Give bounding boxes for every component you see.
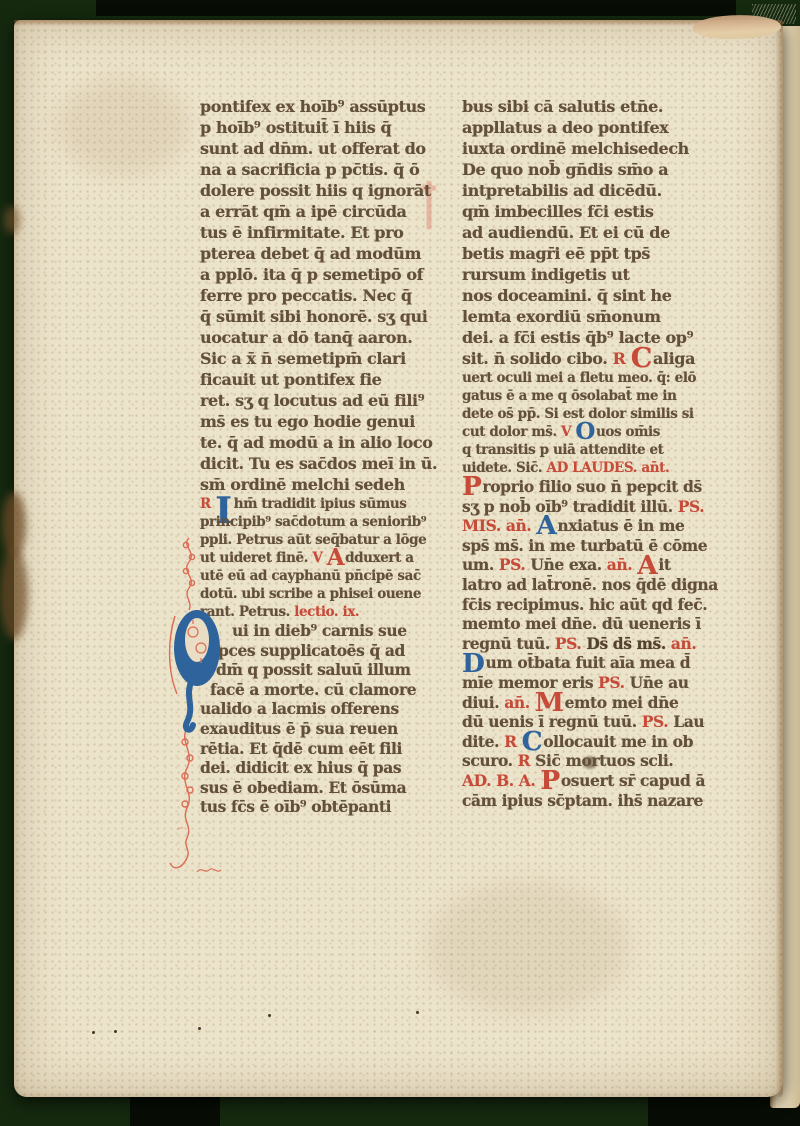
body-text: iuxta ordinē melchisedech (462, 139, 689, 158)
rubric-text: MIS. an̄. (462, 516, 536, 535)
rubric-text: an̄. (671, 634, 697, 653)
rubric-text: AD. B. A. (462, 771, 540, 790)
text-line: Dum ot̄bata fuit aīa mea d̄ (462, 653, 712, 673)
text-line: fc̄is recipimus. hic aūt qd fec̄. (462, 595, 712, 615)
text-line: dū uenis ī regnū tuū. PS. Lau (462, 712, 712, 732)
stain (0, 548, 28, 640)
text-line: pterea debet q̄ ad modūm (200, 243, 446, 264)
text-block-left: pontifex ex hoīb⁹ assūptusp hoīb⁹ ostitu… (200, 96, 446, 817)
rubric-text: R (504, 732, 521, 751)
body-text: cām ipius sc̄ptam. ihs̄ nazare (462, 791, 703, 810)
text-line: dicit. Tu es sac̄dos meī in ū. (200, 453, 446, 474)
body-text: fc̄is recipimus. hic aūt qd fec̄. (462, 595, 707, 614)
body-text: a errāt qm̄ a ipē circūda (200, 202, 407, 221)
text-line: exauditus ē p̄ sua reuen (200, 719, 446, 739)
body-text: De quo nob̄ gn̄dis sm̄o a (462, 160, 668, 179)
body-text: dm̄ q possit saluū illum (216, 660, 411, 679)
text-line: dolere possit hiis q ignorāt (200, 180, 446, 201)
body-text: utē eū ad cayphanū pn̄cipē sac̄ (200, 568, 421, 584)
body-text: bus sibi cā salutis etn̄e. (462, 97, 663, 116)
body-text: lemta exordiū sm̄onum (462, 307, 661, 326)
text-line: dotū. ubi scribe a phisei ouene (200, 585, 446, 603)
stain (58, 78, 188, 174)
body-text: ferre pro peccatis. Nec q̄ (200, 286, 412, 305)
text-line: q transitis p uiā attendite et (462, 441, 712, 459)
rubric-text: R (200, 496, 215, 512)
text-line: appllatus a deo pontifex (462, 117, 712, 138)
text-line: ut uideret finē. V Adduxert a (200, 549, 446, 567)
text-line: um. PS. Un̄e exa. an̄. Ait (462, 555, 712, 575)
text-line: AD. B. A. Posuert sr̄ capud ā (462, 771, 712, 791)
text-line: lemta exordiū sm̄onum (462, 306, 712, 327)
stain (428, 882, 628, 1012)
text-line: te. q̄ ad modū a in alio loco (200, 432, 446, 453)
rubric-text: R (613, 349, 631, 368)
body-text: appllatus a deo pontifex (462, 118, 668, 137)
text-line: facē a morte. cū clamore (200, 680, 446, 700)
body-text: dolere possit hiis q ignorāt (200, 181, 431, 200)
ink-fleck (416, 1011, 419, 1014)
text-line: sʒ p nob̄ oīb⁹ tradidit illū. PS. (462, 497, 712, 517)
text-line: dei. a fc̄i estis q̄b⁹ lacte op⁹ (462, 327, 712, 348)
body-text: memto mei dn̄e. dū ueneris ī (462, 614, 701, 633)
text-line: mīe memor eris PS. Un̄e au (462, 673, 712, 693)
stain (4, 206, 20, 234)
body-text: roprio filio suo n̄ pepcit ds̄ (482, 477, 701, 496)
body-text: ms̄ es tu ego hodie genui (200, 412, 415, 431)
body-text: cut dolor ms̄. (462, 424, 561, 440)
body-text: ollocauit me in ob (543, 732, 693, 751)
text-line: regnū tuū. PS. Ds̄ ds̄ ms̄. an̄. (462, 634, 712, 654)
text-line: sus ē obediam. Et ōsūma (200, 778, 446, 798)
text-line: ui in dieb⁹ carnis sue (200, 621, 446, 641)
body-text: dū uenis ī regnū tuū. (462, 712, 642, 731)
text-line: Sic a x̄ n̄ semetipm̄ clari (200, 348, 446, 369)
body-text: Un̄e au (630, 673, 689, 692)
body-text: uocatur a dō tanq̄ aaron. (200, 328, 412, 347)
body-text: dicit. Tu es sac̄dos meī in ū. (200, 454, 437, 473)
text-line: rētia. Et q̄dē cum eēt fili (200, 739, 446, 759)
text-line: sm̄ ordinē melchi sedeh (200, 474, 446, 495)
body-text: ficauit ut pontifex fie (200, 370, 381, 389)
text-line: dite. R Collocauit me in ob (462, 732, 712, 752)
body-text: te. q̄ ad modū a in alio loco (200, 433, 433, 452)
body-text: latro ad lat̄ronē. nos q̄dē digna (462, 575, 718, 594)
text-line: cām ipius sc̄ptam. ihs̄ nazare (462, 791, 712, 811)
body-text: Ds̄ ds̄ ms̄. (586, 634, 670, 653)
text-line: sit. n̄ solido cibo. R Caliga (462, 348, 712, 369)
text-line: tus ē infirmitate. Et pro (200, 222, 446, 243)
body-text: it (658, 555, 670, 574)
text-line: dm̄ q possit saluū illum (200, 660, 446, 680)
text-line: principib⁹ sac̄dotum a seniorib⁹ (200, 513, 446, 531)
body-text: ad audiendū. Et ei cū de (462, 223, 670, 242)
text-line: sunt ad dn̄m. ut offerat do (200, 138, 446, 159)
text-line: uert oculi mei a fletu meo. q̄: elō (462, 369, 712, 387)
ink-fleck (92, 1031, 95, 1034)
body-text: sʒ p nob̄ oīb⁹ tradidit illū. (462, 497, 678, 516)
text-line: q̄ sūmit sibi honorē. sʒ qui (200, 306, 446, 327)
body-text: dite. (462, 732, 504, 751)
background-black-band-top (96, 0, 736, 16)
text-line: bus sibi cā salutis etn̄e. (462, 96, 712, 117)
body-text: nxiatus ē in me (557, 516, 684, 535)
rubric-text: an̄. (504, 693, 535, 712)
body-text: tus ē infirmitate. Et pro (200, 223, 403, 242)
body-text: Lau (673, 712, 704, 731)
photo-background: { "palette": { "background_green": "#152… (0, 0, 800, 1126)
body-text: ppli. Petrus aūt seq̄batur a lōge (200, 532, 426, 548)
text-line: qm̄ imbecilles fc̄i estis (462, 201, 712, 222)
text-line: pontifex ex hoīb⁹ assūptus (200, 96, 446, 117)
text-line: ret. sʒ q locutus ad eū fili⁹ (200, 390, 446, 411)
rubric-text: lectio. ix. (294, 604, 359, 620)
body-text: pontifex ex hoīb⁹ assūptus (200, 97, 425, 116)
body-text: dduxert a (345, 550, 414, 566)
body-text: principib⁹ sac̄dotum a seniorib⁹ (200, 514, 426, 530)
body-text: mīe memor eris (462, 673, 598, 692)
body-text: gatus ē a me q ōsolabat̄ me in (462, 388, 677, 404)
body-text: Sic a x̄ n̄ semetipm̄ clari (200, 349, 406, 368)
body-text: facē a morte. cū clamore (210, 680, 416, 699)
decorated-initial-q (163, 532, 233, 894)
body-text: rursum indigetis ut (462, 265, 629, 284)
rubric-text: PS. (642, 712, 674, 731)
text-line: betis magr̄i eē pp̄t tps̄ (462, 243, 712, 264)
text-line: iuxta ordinē melchisedech (462, 138, 712, 159)
text-line: ficauit ut pontifex fie (200, 369, 446, 390)
text-line: pces supplicatoēs q̄ ad (200, 641, 446, 661)
body-text: um. (462, 555, 499, 574)
text-line: utē eū ad cayphanū pn̄cipē sac̄ (200, 567, 446, 585)
text-line: R Ihm̄ tradidit ipius sūmus (200, 495, 446, 513)
text-line: a pplō. ita q̄ p semetipō of (200, 264, 446, 285)
body-text: a pplō. ita q̄ p semetipō of (200, 265, 423, 284)
text-line: diui. an̄. Memto mei dn̄e (462, 693, 712, 713)
text-line: sps̄ ms̄. in me turbatū ē cōme (462, 536, 712, 556)
rubric-text: R (518, 751, 535, 770)
rubric-text: an̄. (607, 555, 638, 574)
body-text: ui in dieb⁹ carnis sue (232, 621, 407, 640)
rubric-text: AD LAUDES. an̄t. (547, 460, 670, 476)
text-line: tus fc̄s ē oīb⁹ obtēpanti (200, 797, 446, 817)
ink-fleck (268, 1014, 271, 1017)
text-line: ualido a lacmis offerens (200, 699, 446, 719)
body-text: uos om̄is (596, 424, 660, 440)
ink-fleck (198, 1027, 201, 1030)
text-line: ferre pro peccatis. Nec q̄ (200, 285, 446, 306)
body-text: q transitis p uiā attendite et (462, 442, 664, 458)
body-text: p hoīb⁹ ostituit̄ ī hiis q̄ (200, 118, 391, 137)
text-line: dei. didicit ex hius q̄ pas (200, 758, 446, 778)
background-black-band-bottom-left (130, 1096, 220, 1126)
body-text: aliga (653, 349, 695, 368)
text-line: intpretabilis ad dicēdū. (462, 180, 712, 201)
body-text: q̄ sūmit sibi honorē. sʒ qui (200, 307, 427, 326)
body-text: um ot̄bata fuit aīa mea d̄ (485, 653, 690, 672)
text-line: cut dolor ms̄. V Ouos om̄is (462, 423, 712, 441)
rubric-text: PS. (555, 634, 587, 653)
penwork-flourish (170, 538, 221, 872)
body-text: pterea debet q̄ ad modūm (200, 244, 421, 263)
text-line: rursum indigetis ut (462, 264, 712, 285)
body-text: hm̄ tradidit ipius sūmus (234, 496, 407, 512)
text-line: ad audiendū. Et ei cū de (462, 222, 712, 243)
body-text: qm̄ imbecilles fc̄i estis (462, 202, 654, 221)
body-text: emto mei dn̄e (565, 693, 679, 712)
body-text: ret. sʒ q locutus ad eū fili⁹ (200, 391, 424, 410)
body-text: sps̄ ms̄. in me turbatū ē cōme (462, 536, 707, 555)
body-text: pces supplicatoēs q̄ ad (218, 641, 405, 660)
body-text: sunt ad dn̄m. ut offerat do (200, 139, 426, 158)
body-text: intpretabilis ad dicēdū. (462, 181, 662, 200)
text-line: p hoīb⁹ ostituit̄ ī hiis q̄ (200, 117, 446, 138)
text-line: nos doceamini. q̄ sint he (462, 285, 712, 306)
body-text: sit. n̄ solido cibo. (462, 349, 613, 368)
body-text: dotū. ubi scribe a phisei ouene (200, 586, 421, 602)
text-line: uocatur a dō tanq̄ aaron. (200, 327, 446, 348)
body-text: betis magr̄i eē pp̄t tps̄ (462, 244, 650, 263)
body-text: nos doceamini. q̄ sint he (462, 286, 672, 305)
text-line: na a sacrificia p pc̄tis. q̄ ō (200, 159, 446, 180)
ink-fleck (114, 1030, 117, 1033)
text-line: scuro. R Sic̄ mortuos scli. (462, 751, 712, 771)
body-text: scuro. (462, 751, 518, 770)
rubric-text: PS. (678, 497, 705, 516)
text-block-right: bus sibi cā salutis etn̄e.appllatus a de… (462, 96, 712, 810)
body-text: dei. a fc̄i estis q̄b⁹ lacte op⁹ (462, 328, 693, 347)
body-text: uert oculi mei a fletu meo. q̄: elō (462, 370, 696, 386)
body-text: na a sacrificia p pc̄tis. q̄ ō (200, 160, 419, 179)
text-line: ppli. Petrus aūt seq̄batur a lōge (200, 531, 446, 549)
text-line: a errāt qm̄ a ipē circūda (200, 201, 446, 222)
body-text: Un̄e exa. (530, 555, 606, 574)
rubric-text: V (561, 424, 575, 440)
text-line: De quo nob̄ gn̄dis sm̄o a (462, 159, 712, 180)
text-line: ms̄ es tu ego hodie genui (200, 411, 446, 432)
initial-Q (174, 610, 220, 730)
text-line: MIS. an̄. Anxiatus ē in me (462, 516, 712, 536)
rubric-text: V (312, 550, 326, 566)
text-line: gatus ē a me q ōsolabat̄ me in (462, 387, 712, 405)
rubric-text: PS. (499, 555, 531, 574)
text-line: Proprio filio suo n̄ pepcit ds̄ (462, 477, 712, 497)
body-text: osuert sr̄ capud ā (561, 771, 705, 790)
body-text: diui. (462, 693, 504, 712)
text-line: latro ad lat̄ronē. nos q̄dē digna (462, 575, 712, 595)
rubric-text: PS. (598, 673, 630, 692)
text-line: uidete. Sic̄. AD LAUDES. an̄t. (462, 459, 712, 477)
text-line: rant. Petrus. lectio. ix. (200, 603, 446, 621)
text-line: memto mei dn̄e. dū ueneris ī (462, 614, 712, 634)
